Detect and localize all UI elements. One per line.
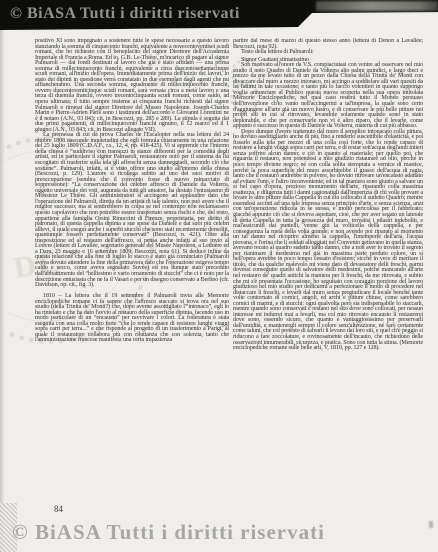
paragraph: La premessa di cui dà prova Charles de l… xyxy=(35,132,229,287)
paragraph: 1810 – La lettera che il 19 settembre il… xyxy=(35,293,229,343)
text-column-right: partire dal mese di marzo di questo stes… xyxy=(233,38,423,502)
page-number: 84 xyxy=(54,504,63,514)
text-column-left: positivo XI sono impegnato a sostenere t… xyxy=(35,38,229,502)
watermark-bottom: © BiASA Tutti i diritti riservati xyxy=(12,520,325,545)
scanned-page: © BiASA Tutti i diritti riservati DE pos… xyxy=(0,0,438,552)
scan-speck-artifact xyxy=(429,521,433,528)
paragraph: positivo XI sono impegnato a sostenere t… xyxy=(35,38,229,132)
paragraph: Dopo dunque d'avere trattenuto dal muro … xyxy=(233,129,423,351)
scan-left-edge xyxy=(0,0,5,552)
paragraph: Testo della lettera di Palmaroli: xyxy=(233,49,423,55)
paragraph: Son motivato all'onore da V.S. compiaciu… xyxy=(233,62,423,129)
watermark-top: © BiASA Tutti i diritti riservati xyxy=(10,5,240,23)
scanner-streak-artifact xyxy=(316,1,438,11)
